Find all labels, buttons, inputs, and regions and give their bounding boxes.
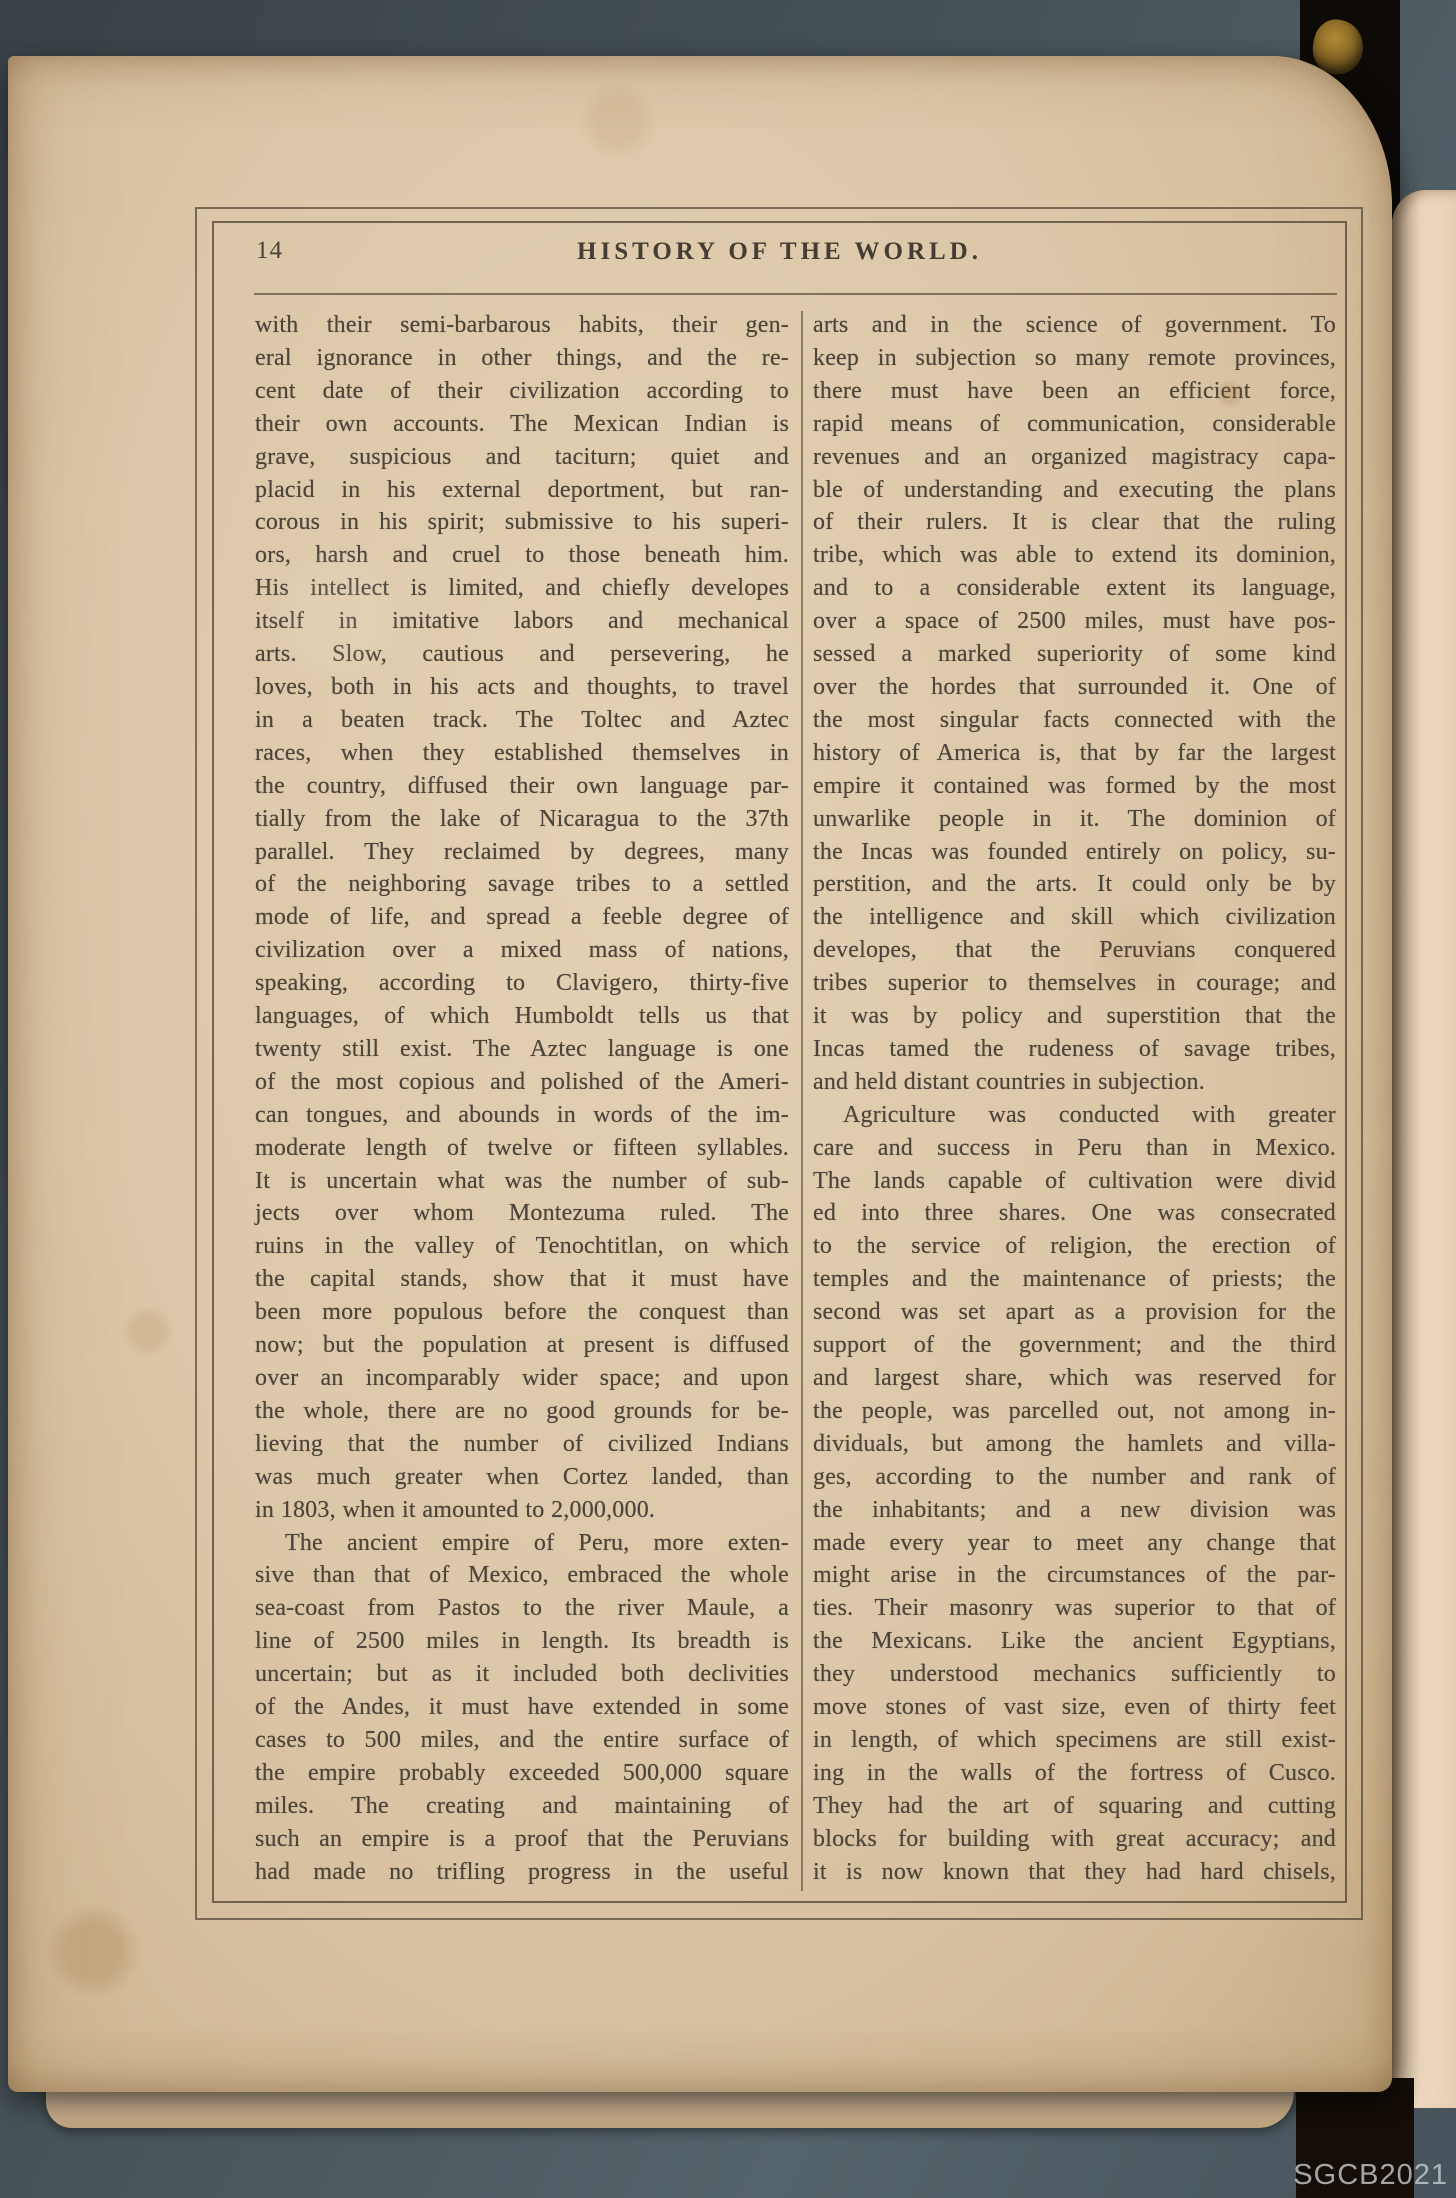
text-line: dividuals, but among the hamlets and vil… xyxy=(813,1428,1336,1461)
left-text-column: with their semi-barbarous habits, their … xyxy=(255,309,789,1891)
text-line: ruins in the valley of Tenochtitlan, on … xyxy=(255,1230,789,1263)
text-line: parallel. They reclaimed by degrees, man… xyxy=(255,836,789,869)
right-text-column: arts and in the science of government. T… xyxy=(813,309,1336,1891)
header-rule xyxy=(254,293,1337,295)
text-line: loves, both in his acts and thoughts, to… xyxy=(255,671,789,704)
text-line: moderate length of twelve or fifteen syl… xyxy=(255,1132,789,1165)
text-line: had made no trifling progress in the use… xyxy=(255,1856,789,1889)
text-line: of their rulers. It is clear that the ru… xyxy=(813,506,1336,539)
text-line: lieving that the number of civilized Ind… xyxy=(255,1428,789,1461)
text-line: arts. Slow, cautious and persevering, he xyxy=(255,638,789,671)
text-line: support of the government; and the third xyxy=(813,1329,1336,1362)
text-line: speaking, according to Clavigero, thirty… xyxy=(255,967,789,1000)
text-line: the capital stands, show that it must ha… xyxy=(255,1263,789,1296)
text-line: revenues and an organized magistracy cap… xyxy=(813,441,1336,474)
text-line: line of 2500 miles in length. Its breadt… xyxy=(255,1625,789,1658)
text-line: been more populous before the conquest t… xyxy=(255,1296,789,1329)
text-line: was much greater when Cortez landed, tha… xyxy=(255,1461,789,1494)
text-line: cent date of their civilization accordin… xyxy=(255,375,789,408)
text-line: and to a considerable extent its languag… xyxy=(813,572,1336,605)
text-line: ties. Their masonry was superior to that… xyxy=(813,1592,1336,1625)
text-columns: with their semi-barbarous habits, their … xyxy=(255,309,1336,1891)
text-line: civilization over a mixed mass of nation… xyxy=(255,934,789,967)
text-line: sessed a marked superiority of some kind xyxy=(813,638,1336,671)
text-line: The ancient empire of Peru, more exten- xyxy=(255,1527,789,1560)
text-line: arts and in the science of government. T… xyxy=(813,309,1336,342)
text-line: eral ignorance in other things, and the … xyxy=(255,342,789,375)
text-line: they understood mechanics sufficiently t… xyxy=(813,1658,1336,1691)
text-line: care and success in Peru than in Mexico. xyxy=(813,1132,1336,1165)
text-line: rapid means of communication, considerab… xyxy=(813,408,1336,441)
text-line: sea-coast from Pastos to the river Maule… xyxy=(255,1592,789,1625)
text-line: cases to 500 miles, and the entire surfa… xyxy=(255,1724,789,1757)
watermark: SGCB2021 xyxy=(1293,2159,1448,2192)
text-line: races, when they established themselves … xyxy=(255,737,789,770)
text-line: over an incomparably wider space; and up… xyxy=(255,1362,789,1395)
text-line: there must have been an efficient force, xyxy=(813,375,1336,408)
text-line: such an empire is a proof that the Peruv… xyxy=(255,1823,789,1856)
text-line: the inhabitants; and a new division was xyxy=(813,1494,1336,1527)
text-line: second was set apart as a provision for … xyxy=(813,1296,1336,1329)
text-line: it was by policy and superstition that t… xyxy=(813,1000,1336,1033)
text-line: the empire probably exceeded 500,000 squ… xyxy=(255,1757,789,1790)
text-line: uncertain; but as it included both decli… xyxy=(255,1658,789,1691)
photo-of-open-book: { "page": { "page_number": "14", "header… xyxy=(0,0,1456,2198)
text-line: twenty still exist. The Aztec language i… xyxy=(255,1033,789,1066)
text-line: of the Andes, it must have extended in s… xyxy=(255,1691,789,1724)
text-line: over a space of 2500 miles, must have po… xyxy=(813,605,1336,638)
right-page-edge xyxy=(1392,190,1456,2108)
column-divider-rule xyxy=(801,311,803,1891)
text-line: itself in imitative labors and mechanica… xyxy=(255,605,789,638)
text-line: jects over whom Montezuma ruled. The xyxy=(255,1197,789,1230)
text-line: in a beaten track. The Toltec and Aztec xyxy=(255,704,789,737)
text-line: and largest share, which was reserved fo… xyxy=(813,1362,1336,1395)
book-page: 14 HISTORY OF THE WORLD. with their semi… xyxy=(8,56,1392,2092)
text-line: tribes superior to themselves in courage… xyxy=(813,967,1336,1000)
text-line: ed into three shares. One was consecrate… xyxy=(813,1197,1336,1230)
text-line: their own accounts. The Mexican Indian i… xyxy=(255,408,789,441)
inner-border-frame: 14 HISTORY OF THE WORLD. with their semi… xyxy=(212,221,1347,1903)
text-line: of the neighboring savage tribes to a se… xyxy=(255,868,789,901)
text-line: It is uncertain what was the number of s… xyxy=(255,1165,789,1198)
text-line: the whole, there are no good grounds for… xyxy=(255,1395,789,1428)
text-line: languages, of which Humboldt tells us th… xyxy=(255,1000,789,1033)
text-line: can tongues, and abounds in words of the… xyxy=(255,1099,789,1132)
text-line: the Mexicans. Like the ancient Egyptians… xyxy=(813,1625,1336,1658)
text-line: keep in subjection so many remote provin… xyxy=(813,342,1336,375)
text-line: move stones of vast size, even of thirty… xyxy=(813,1691,1336,1724)
text-line: of the most copious and polished of the … xyxy=(255,1066,789,1099)
text-line: in length, of which specimens are still … xyxy=(813,1724,1336,1757)
text-line: corous in his spirit; submissive to his … xyxy=(255,506,789,539)
text-line: perstition, and the arts. It could only … xyxy=(813,868,1336,901)
text-line: miles. The creating and maintaining of xyxy=(255,1790,789,1823)
text-line: developes, that the Peruvians conquered xyxy=(813,934,1336,967)
text-line: tribe, which was able to extend its domi… xyxy=(813,539,1336,572)
text-line: sive than that of Mexico, embraced the w… xyxy=(255,1559,789,1592)
text-line: They had the art of squaring and cutting xyxy=(813,1790,1336,1823)
text-line: Incas tamed the rudeness of savage tribe… xyxy=(813,1033,1336,1066)
text-line: ing in the walls of the fortress of Cusc… xyxy=(813,1757,1336,1790)
text-line: to the service of religion, the erection… xyxy=(813,1230,1336,1263)
text-line: the country, diffused their own language… xyxy=(255,770,789,803)
text-line: might arise in the circumstances of the … xyxy=(813,1559,1336,1592)
text-line: history of America is, that by far the l… xyxy=(813,737,1336,770)
text-line: ges, according to the number and rank of xyxy=(813,1461,1336,1494)
text-line: it is now known that they had hard chise… xyxy=(813,1856,1336,1889)
text-line: grave, suspicious and taciturn; quiet an… xyxy=(255,441,789,474)
text-line: placid in his external deportment, but r… xyxy=(255,474,789,507)
text-line: in 1803, when it amounted to 2,000,000. xyxy=(255,1494,789,1527)
text-line: the intelligence and skill which civiliz… xyxy=(813,901,1336,934)
text-line: The lands capable of cultivation were di… xyxy=(813,1165,1336,1198)
text-line: temples and the maintenance of priests; … xyxy=(813,1263,1336,1296)
text-line: His intellect is limited, and chiefly de… xyxy=(255,572,789,605)
text-line: the Incas was founded entirely on policy… xyxy=(813,836,1336,869)
text-line: and held distant countries in subjection… xyxy=(813,1066,1336,1099)
text-line: ble of understanding and executing the p… xyxy=(813,474,1336,507)
text-line: unwarlike people in it. The dominion of xyxy=(813,803,1336,836)
text-line: tially from the lake of Nicaragua to the… xyxy=(255,803,789,836)
text-line: with their semi-barbarous habits, their … xyxy=(255,309,789,342)
text-line: empire it contained was formed by the mo… xyxy=(813,770,1336,803)
text-line: the most singular facts connected with t… xyxy=(813,704,1336,737)
text-line: mode of life, and spread a feeble degree… xyxy=(255,901,789,934)
page-title: HISTORY OF THE WORLD. xyxy=(214,238,1345,266)
text-line: Agriculture was conducted with greater xyxy=(813,1099,1336,1132)
text-line: now; but the population at present is di… xyxy=(255,1329,789,1362)
text-line: blocks for building with great accuracy;… xyxy=(813,1823,1336,1856)
text-line: over the hordes that surrounded it. One … xyxy=(813,671,1336,704)
text-line: made every year to meet any change that xyxy=(813,1527,1336,1560)
text-line: the people, was parcelled out, not among… xyxy=(813,1395,1336,1428)
text-line: ors, harsh and cruel to those beneath hi… xyxy=(255,539,789,572)
